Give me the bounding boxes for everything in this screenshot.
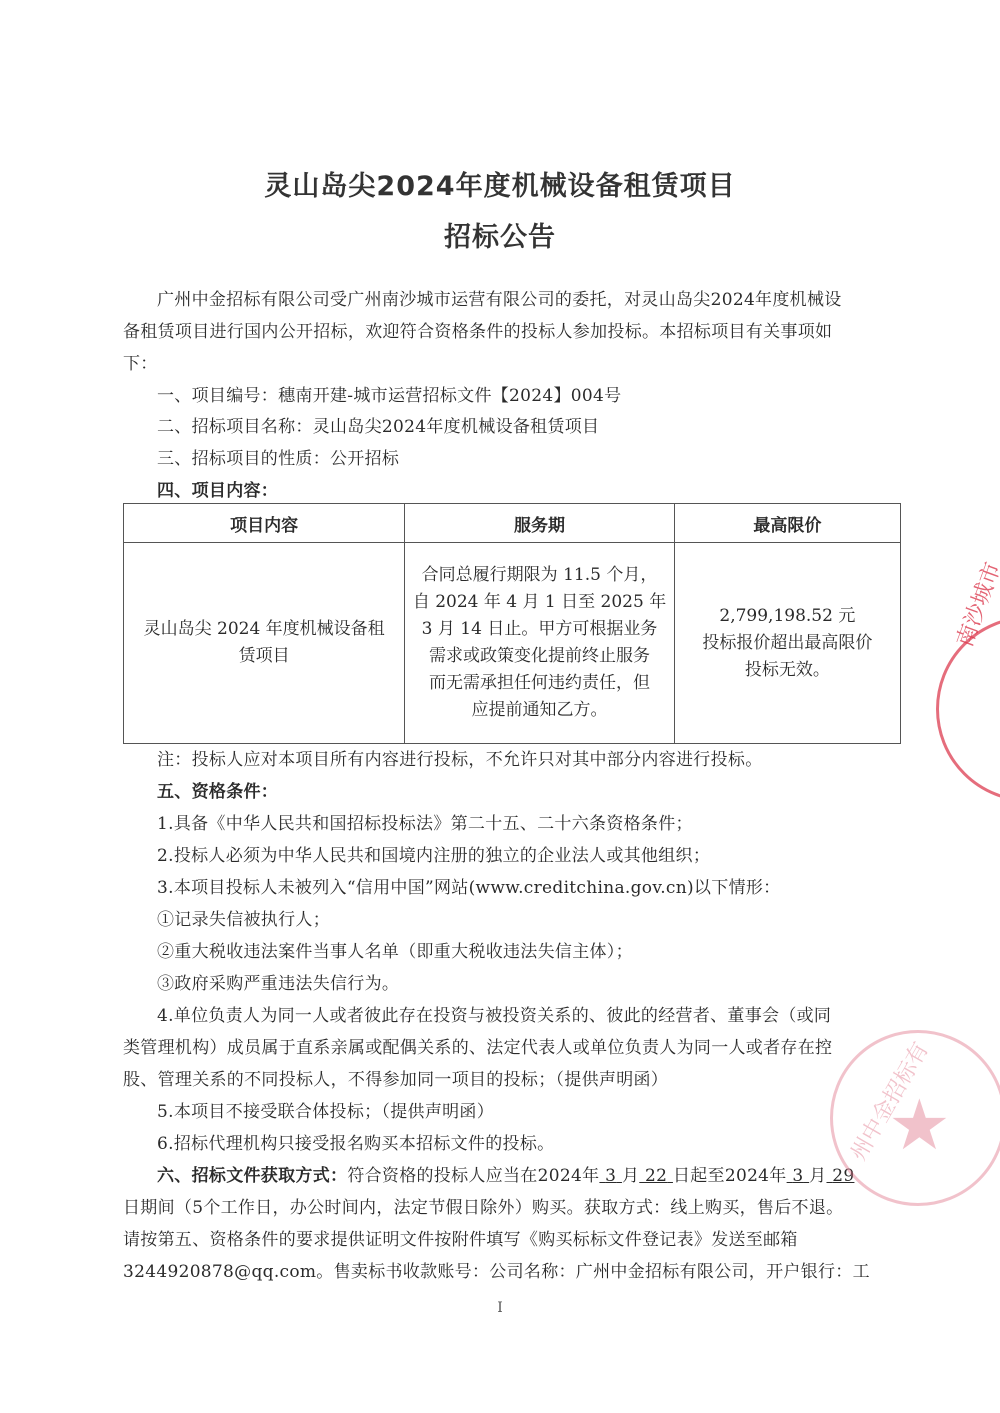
acquisition-text: 日起至2024年	[673, 1166, 787, 1186]
qualification-item: 1.具备《中华人民共和国招标投标法》第二十五、二十六条资格条件；	[157, 814, 947, 834]
month-label: 月	[809, 1166, 826, 1186]
content-line: 灵山岛尖 2024 年度机械设备租	[130, 616, 398, 643]
period-line: 而无需承担任何违约责任，但	[411, 670, 667, 697]
cell-period: 合同总履行期限为 11.5 个月， 自 2024 年 4 月 1 日至 2025…	[405, 543, 674, 744]
document-subtitle: 招标公告	[0, 215, 1000, 254]
qualification-item-5: 5.本项目不接受联合体投标；（提供声明函）	[157, 1102, 947, 1122]
acquisition-line-3: 请按第五、资格条件的要求提供证明文件按附件填写《购买标标文件登记表》发送至邮箱	[123, 1230, 913, 1250]
price-value: 2,799,198.52 元	[681, 603, 894, 630]
period-line: 合同总履行期限为 11.5 个月，	[411, 562, 667, 589]
acquisition-line-1: 六、招标文件获取方式：符合资格的投标人应当在2024年 3 月 22 日起至20…	[157, 1166, 947, 1186]
section-project-number: 一、项目编号：穗南开建-城市运营招标文件【2024】004号	[157, 386, 947, 406]
header-max-price: 最高限价	[674, 504, 900, 543]
header-period: 服务期	[405, 504, 674, 543]
qualification-item: 3.本项目投标人未被列入“信用中国”网站(www.creditchina.gov…	[157, 878, 947, 898]
content-line: 赁项目	[130, 643, 398, 670]
period-line: 应提前通知乙方。	[411, 697, 667, 724]
end-month: 3	[787, 1166, 810, 1186]
header-content: 项目内容	[124, 504, 405, 543]
table-header-row: 项目内容 服务期 最高限价	[124, 504, 901, 543]
section-project-content: 四、项目内容：	[157, 481, 947, 501]
table-note: 注：投标人应对本项目所有内容进行投标，不允许只对其中部分内容进行投标。	[157, 750, 947, 770]
qualifications-heading: 五、资格条件：	[157, 782, 947, 802]
intro-line-1: 广州中金招标有限公司受广州南沙城市运营有限公司的委托，对灵山岛尖2024年度机械…	[157, 290, 947, 310]
qualification-item-4: 类管理机构）成员属于直系亲属或配偶关系的、法定代表人或单位负责人为同一人或者存在…	[123, 1038, 913, 1058]
table-row: 灵山岛尖 2024 年度机械设备租 赁项目 合同总履行期限为 11.5 个月， …	[124, 543, 901, 744]
intro-line-3: 下：	[123, 354, 913, 374]
qualification-subitem: ②重大税收违法案件当事人名单（即重大税收违法失信主体）；	[157, 942, 947, 962]
cell-content: 灵山岛尖 2024 年度机械设备租 赁项目	[124, 543, 405, 744]
qualification-subitem: ③政府采购严重违法失信行为。	[157, 974, 947, 994]
section-project-name: 二、招标项目名称：灵山岛尖2024年度机械设备租赁项目	[157, 417, 947, 437]
qualification-subitem: ①记录失信被执行人；	[157, 910, 947, 930]
acquisition-line-2: 日期间（5个工作日，办公时间内，法定节假日除外）购买。获取方式：线上购买，售后不…	[123, 1198, 913, 1218]
price-note: 投标报价超出最高限价	[681, 630, 894, 657]
period-line: 自 2024 年 4 月 1 日至 2025 年	[411, 589, 667, 616]
intro-line-2: 备租赁项目进行国内公开招标，欢迎符合资格条件的投标人参加投标。本招标项目有关事项…	[123, 322, 913, 342]
qualification-item-6: 6.招标代理机构只接受报名购买本招标文件的投标。	[157, 1134, 947, 1154]
acquisition-line-4: 3244920878@qq.com。售卖标书收款账号：公司名称：广州中金招标有限…	[123, 1262, 913, 1282]
period-line: 需求或政策变化提前终止服务	[411, 643, 667, 670]
month-label: 月	[622, 1166, 639, 1186]
qualification-item-4: 股、管理关系的不同投标人，不得参加同一项目的投标；（提供声明函）	[123, 1070, 913, 1090]
document-title: 灵山岛尖2024年度机械设备租赁项目	[0, 164, 1000, 203]
acquisition-text: 符合资格的投标人应当在2024年	[347, 1166, 599, 1186]
start-month: 3	[599, 1166, 622, 1186]
period-line: 3 月 14 日止。甲方可根据业务	[411, 616, 667, 643]
start-day: 22	[639, 1166, 673, 1186]
document-page: 灵山岛尖2024年度机械设备租赁项目 招标公告 广州中金招标有限公司受广州南沙城…	[0, 0, 1000, 1413]
page-number: I	[0, 1300, 1000, 1316]
acquisition-heading: 六、招标文件获取方式：	[157, 1166, 347, 1186]
project-content-table: 项目内容 服务期 最高限价 灵山岛尖 2024 年度机械设备租 赁项目 合同总履…	[123, 503, 901, 744]
qualification-item: 2.投标人必须为中华人民共和国境内注册的独立的企业法人或其他组织；	[157, 846, 947, 866]
section-project-nature: 三、招标项目的性质：公开招标	[157, 449, 947, 469]
price-note: 投标无效。	[681, 657, 894, 684]
qualification-item-4: 4.单位负责人为同一人或者彼此存在投资与被投资关系的、彼此的经营者、董事会（或同	[157, 1006, 947, 1026]
star-icon: ★	[888, 1090, 951, 1160]
cell-max-price: 2,799,198.52 元 投标报价超出最高限价 投标无效。	[674, 543, 900, 744]
